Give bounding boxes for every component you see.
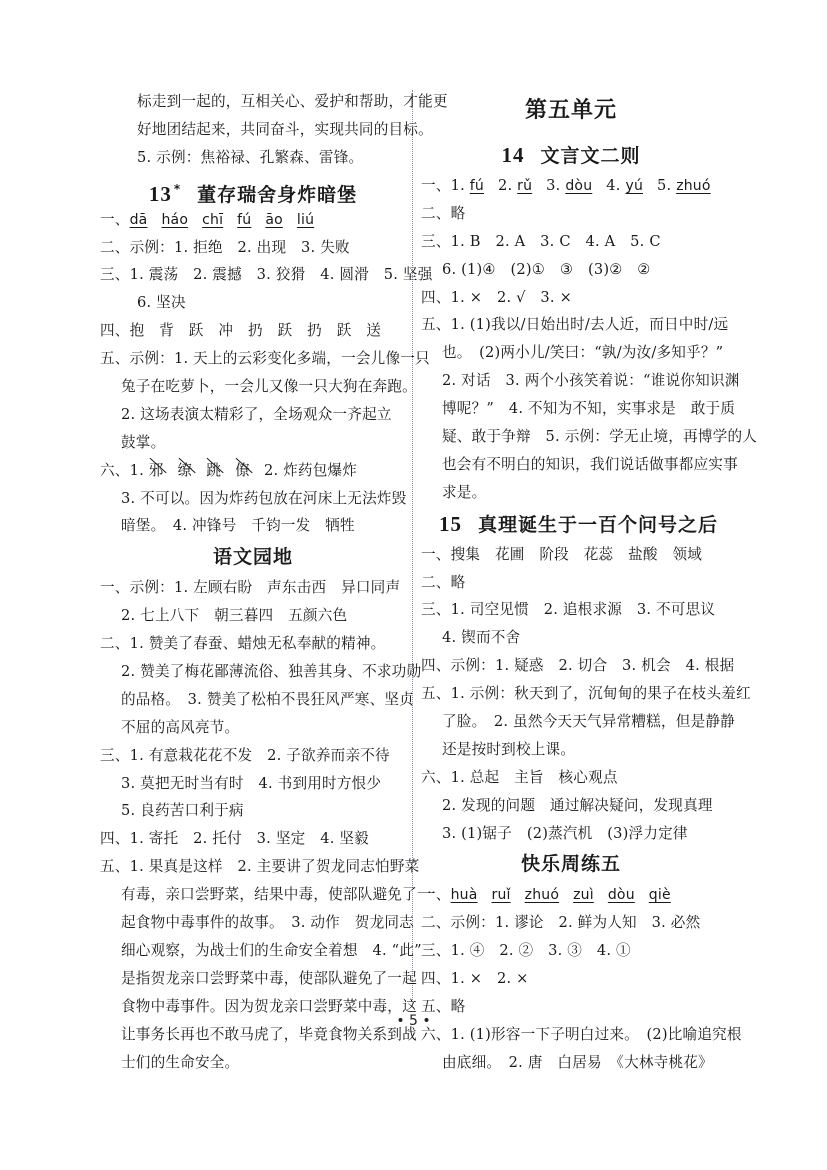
text-line: 三、1. 司空见惯 2. 追根求源 3. 不可思议 — [421, 596, 721, 624]
text-line: 五、1. (1)我以/日始出时/去人近，而日中时/远 — [421, 311, 721, 339]
lesson-number: 13 — [149, 182, 172, 206]
answer-text: 2. 炸药包爆炸 — [264, 462, 357, 479]
page-number: • 5 • — [0, 1013, 827, 1029]
item-number: 1. — [451, 177, 465, 194]
text-line: 5. 良药苦口利于病 — [100, 797, 406, 825]
pinyin: zhuó — [676, 178, 710, 194]
lesson-15-heading: 15真理诞生于一百个问号之后 — [421, 507, 721, 541]
text-line: 四、示例：1. 疑惑 2. 切合 3. 机会 4. 根据 — [421, 652, 721, 680]
text-line: 四、1. 寄托 2. 托付 3. 坚定 4. 坚毅 — [100, 825, 406, 853]
question-label: 一、 — [100, 211, 130, 228]
q1-pinyin: 一、1. fú2. rǔ3. dòu4. yú5. zhuó — [421, 172, 721, 200]
pinyin: qiè — [649, 887, 671, 903]
text-line: 五、1. 示例：秋天到了，沉甸甸的果子在枝头羞红 — [421, 680, 721, 708]
text-line: 6. (1)④ (2)① ③ (3)② ② — [421, 256, 721, 284]
text-line: 疑、敢于争辩 5. 示例：学无止境，再博学的人 — [421, 423, 721, 451]
text-line: 鼓掌。 — [116, 429, 406, 457]
text-line: 有毒，亲口尝野菜，结果中毒，使部队避免了一 — [100, 881, 406, 909]
lesson-number: 15 — [439, 512, 462, 536]
item-number: 5. — [657, 177, 671, 194]
text-line: 三、1. 有意栽花花不发 2. 子欲养而亲不待 — [100, 742, 406, 770]
text-line: 的品格。 3. 赞美了松柏不畏狂风严寒、坚贞 — [100, 686, 406, 714]
pinyin: zuì — [573, 887, 594, 903]
lesson-number: 14 — [501, 143, 524, 167]
text-line: 2. 发现的问题 通过解决疑问，发现真理 — [421, 792, 721, 820]
pinyin: ruǐ — [492, 887, 511, 903]
text-line: 起食物中毒事件的故事。 3. 动作 贺龙同志 — [100, 909, 406, 937]
text-line: 求是。 — [421, 479, 721, 507]
pinyin: dòu — [565, 178, 592, 194]
lesson-title: 文言文二则 — [540, 145, 640, 167]
struck-character: 僚 — [235, 457, 250, 485]
text-line: 三、1. 震荡 2. 震撼 3. 狡猾 4. 圆滑 5. 坚强 — [100, 261, 406, 289]
right-column: 第五单元 14文言文二则 一、1. fú2. rǔ3. dòu4. yú5. z… — [421, 86, 721, 1077]
text-line: 二、示例：1. 拒绝 2. 出现 3. 失败 — [100, 234, 406, 262]
pinyin: chī — [202, 212, 223, 228]
text-line: 也会有不明白的知识，我们说话做事都应实事 — [421, 451, 721, 479]
text-line: 5. 示例：焦裕禄、孔繁森、雷锋。 — [116, 144, 406, 172]
q6-line: 六、1. 邪缭跳僚2. 炸药包爆炸 — [100, 457, 406, 485]
text-line: 一、示例：1. 左顾右盼 声东击西 异口同声 — [100, 574, 406, 602]
text-line: 暗堡。 4. 冲锋号 千钧一发 牺牲 — [116, 512, 406, 540]
q1-pinyin: 一、dāháochīfúāoliú — [100, 206, 406, 234]
text-line: 还是按时到校上课。 — [421, 736, 721, 764]
pinyin: zhuó — [525, 887, 559, 903]
text-line: 3. 莫把无时当有时 4. 书到用时方恨少 — [100, 770, 406, 798]
struck-character: 缭 — [178, 457, 193, 485]
text-line: 3. (1)锯子 (2)蒸汽机 (3)浮力定律 — [421, 820, 721, 848]
left-column: 标走到一起的，互相关心、爱护和帮助，才能更 好地团结起来，共同奋斗，实现共同的目… — [116, 88, 406, 1076]
question-label: 六、1. — [100, 462, 144, 479]
text-line: 二、示例：1. 谬论 2. 鲜为人知 3. 必然 — [421, 909, 721, 937]
text-line: 五、1. 果真是这样 2. 主要讲了贺龙同志怕野菜 — [100, 853, 406, 881]
text-line: 二、1. 赞美了春蚕、蜡烛无私奉献的精神。 — [100, 630, 406, 658]
text-line: 四、1. × 2. × — [421, 965, 721, 993]
pinyin: fú — [237, 212, 251, 228]
text-line: 2. 对话 3. 两个小孩笑着说：“谁说你知识渊 — [421, 367, 721, 395]
text-line: 六、1. 总起 主旨 核心观点 — [421, 764, 721, 792]
text-line: 2. 这场表演太精彩了，全场观众一齐起立 — [116, 401, 406, 429]
text-line: 好地团结起来，共同奋斗，实现共同的目标。 — [116, 116, 406, 144]
text-line: 6. 坚决 — [116, 289, 406, 317]
text-line: 士们的生命安全。 — [100, 1049, 406, 1077]
lesson-title: 真理诞生于一百个问号之后 — [478, 514, 718, 536]
text-line: 标走到一起的，互相关心、爱护和帮助，才能更 — [116, 88, 406, 116]
text-line: 一、搜集 花圃 阶段 花蕊 盐酸 领域 — [421, 541, 721, 569]
weekly-practice-heading: 快乐周练五 — [421, 847, 721, 881]
text-line: 2. 赞美了梅花鄙薄流俗、独善其身、不求功勋 — [100, 658, 406, 686]
pinyin: liú — [297, 212, 314, 228]
text-line: 2. 七上八下 朝三暮四 五颜六色 — [100, 602, 406, 630]
text-line: 三、1. ④ 2. ② 3. ③ 4. ① — [421, 937, 721, 965]
text-line: 二、略 — [421, 569, 721, 597]
text-line: 也。 (2)两小儿/笑曰：“孰/为汝/多知乎？” — [421, 339, 721, 367]
pinyin: dòu — [608, 887, 635, 903]
question-label: 一、 — [421, 177, 451, 194]
item-number: 4. — [606, 177, 620, 194]
pinyin: dā — [130, 212, 148, 228]
unit-title: 第五单元 — [421, 86, 721, 136]
item-number: 3. — [546, 177, 560, 194]
garden-heading: 语文园地 — [100, 540, 406, 574]
text-line: 是指贺龙亲口尝野菜中毒，使部队避免了一起 — [100, 965, 406, 993]
text-line: 博呢？” 4. 不知为不知，实事求是 敢于质 — [421, 395, 721, 423]
garden-lines: 一、示例：1. 左顾右盼 声东击西 异口同声 2. 七上八下 朝三暮四 五颜六色… — [100, 574, 406, 1076]
text-line: 四、抱 背 跃 冲 扔 跃 扔 跃 送 — [100, 317, 406, 345]
struck-character: 跳 — [206, 457, 221, 485]
lesson-title: 董存瑞舍身炸暗堡 — [197, 184, 357, 206]
pinyin: yú — [625, 178, 643, 194]
text-line: 3. 不可以。因为炸药包放在河床上无法炸毁 — [116, 485, 406, 513]
text-line: 4. 锲而不舍 — [421, 624, 721, 652]
lesson-13-heading: 13*董存瑞舍身炸暗堡 — [100, 172, 406, 206]
lesson-14-heading: 14文言文二则 — [421, 138, 721, 172]
text-line: 兔子在吃萝卜，一会儿又像一只大狗在奔跑。 — [116, 373, 406, 401]
text-line: 由底细。 2. 唐 白居易 《大林寺桃花》 — [421, 1049, 721, 1077]
text-line: 二、略 — [421, 200, 721, 228]
question-label: 一、 — [421, 886, 451, 903]
text-line: 了脸。 2. 虽然今天天气异常糟糕，但是静静 — [421, 708, 721, 736]
star-mark: * — [174, 182, 181, 196]
text-line: 三、1. B 2. A 3. C 4. A 5. C — [421, 228, 721, 256]
item-number: 2. — [498, 177, 512, 194]
pinyin: fú — [470, 178, 484, 194]
text-line: 四、1. × 2. √ 3. × — [421, 284, 721, 312]
q1-pinyin: 一、huàruǐzhuózuìdòuqiè — [421, 881, 721, 909]
text-line: 不屈的高风亮节。 — [100, 714, 406, 742]
text-line: 五、示例：1. 天上的云彩变化多端，一会儿像一只 — [100, 345, 406, 373]
pinyin: āo — [265, 212, 283, 228]
pinyin: rǔ — [517, 178, 532, 194]
pinyin: huà — [451, 887, 478, 903]
struck-character: 邪 — [149, 457, 164, 485]
text-line: 细心观察，为战士们的生命安全着想 4. “此” — [100, 937, 406, 965]
pinyin: háo — [161, 212, 188, 228]
